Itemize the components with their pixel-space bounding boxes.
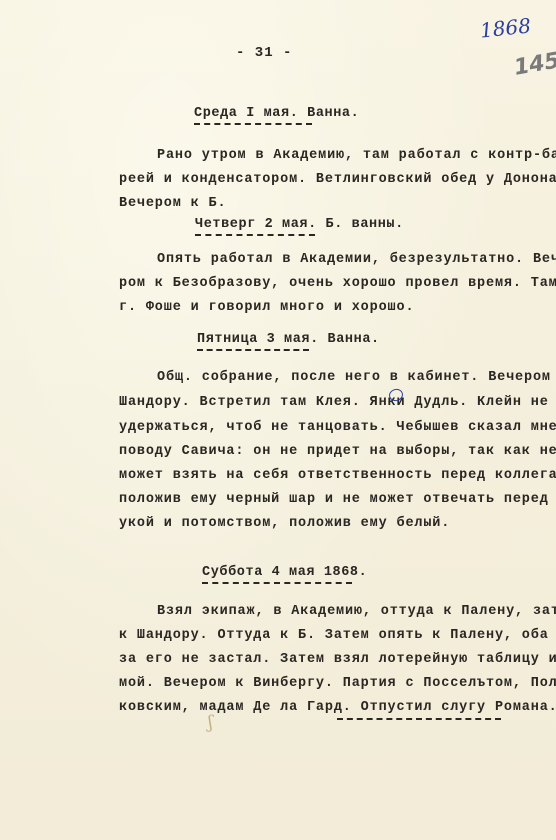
document-page: 1868 145 - 31 - Среда I мая. Ванна. Рано… — [0, 0, 556, 840]
entry-heading-wednesday: Среда I мая. Ванна. — [194, 106, 359, 125]
entry-line: может взять на себя ответственность пере… — [119, 468, 556, 483]
entry-line: поводу Савича: он не придет на выборы, т… — [119, 444, 556, 459]
entry-line: положив ему черный шар и не может отвеча… — [119, 492, 556, 507]
entry-line: к Шандору. Оттуда к Б. Затем опять к Пал… — [119, 628, 556, 643]
entry-line: рeей и конденсатором. Ветлинговский обед… — [119, 172, 556, 187]
entry-heading-text: Среда I мая. Ванна. — [194, 106, 359, 121]
entry-heading-friday: Пятница 3 мая. Ванна. — [197, 332, 380, 351]
entry-line: Шандору. Встретил там Клея. Янки Дудль. … — [119, 395, 556, 410]
entry-line: ковским, мадам Де ла Гард. Отпустил слуг… — [119, 700, 556, 715]
entry-line: Общ. собрание, после него в кабинет. Веч… — [157, 370, 556, 385]
entry-line: удержаться, чтоб не танцовать. Чебышев с… — [119, 420, 556, 435]
entry-heading-text: Суббота 4 мая 1868. — [202, 565, 367, 580]
entry-line: мой. Вечером к Винбергу. Партия с Поссел… — [119, 676, 556, 691]
entry-line: за его не застал. Затем взял лотерейную … — [119, 652, 556, 667]
entry-line: Опять работал в Академии, безрезультатно… — [157, 252, 556, 267]
entry-line: Взял экипаж, в Академию, оттуда к Палену… — [157, 604, 556, 619]
entry-line: Рано утром в Академию, там работал с кон… — [157, 148, 556, 163]
page-number: - 31 - — [236, 45, 292, 61]
entry-heading-text: Пятница 3 мая. Ванна. — [197, 332, 380, 347]
entry-heading-thursday: Четверг 2 мая. Б. ванны. — [195, 217, 404, 236]
paper-stain: ʃ — [208, 712, 218, 738]
entry-heading-saturday: Суббота 4 мая 1868. — [202, 565, 367, 584]
entry-line: ром к Безобразову, очень хорошо провел в… — [119, 276, 556, 291]
handwritten-year-annotation: 1868 — [479, 13, 532, 42]
entry-line: Вечером к Б. — [119, 196, 226, 211]
entry-line: г. Фоше и говорил много и хорошо. — [119, 300, 414, 315]
handwritten-folio-number: 145 — [512, 48, 556, 81]
entry-line: укой и потомством, положив ему белый. — [119, 516, 450, 531]
entry-heading-text: Четверг 2 мая. Б. ванны. — [195, 217, 404, 232]
phrase-underline — [337, 716, 501, 720]
